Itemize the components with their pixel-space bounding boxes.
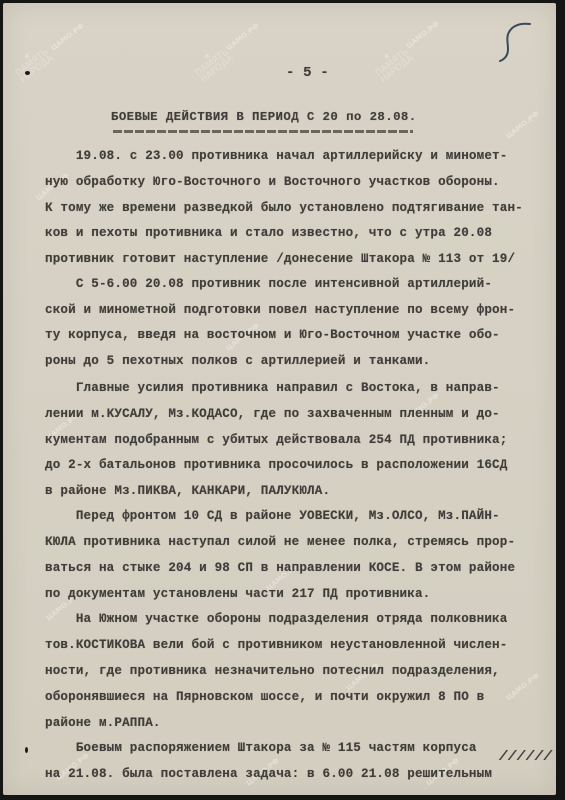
document-line: ности, где противника незначительно поте… — [45, 664, 500, 678]
continuation-mark: ////// — [499, 749, 552, 765]
document-page: ЦАМО.РФ ЦАМО.РФ ЦАМО.РФ ★ПАМЯТЬНАРОДА ★П… — [3, 3, 556, 795]
document-line: кументам подобранным с убитых действовал… — [45, 433, 507, 447]
ink-spot — [25, 747, 28, 753]
document-line: ской и минометной подготовки повел насту… — [45, 303, 515, 317]
document-line: противник готовит наступление /донесение… — [45, 252, 515, 266]
document-line: 19.08. с 23.00 противника начал артиллер… — [45, 149, 507, 163]
document-line: ную обработку Юго-Восточного и Восточног… — [45, 175, 500, 189]
document-line: роны до 5 пехотных полков с артиллерией … — [45, 354, 430, 368]
document-line: ков и пехоты противника и стало известно… — [45, 226, 492, 240]
document-line: Боевым распоряжением Штакора за № 115 ча… — [45, 741, 477, 755]
document-line: оборонявшиеся на Пярновском шоссе, и поч… — [45, 690, 484, 704]
page-number: - 5 - — [286, 65, 329, 81]
ink-spot — [25, 71, 30, 75]
document-line: КЮЛА противника наступал силой не менее … — [45, 535, 515, 549]
watermark-site: ЦАМО.РФ — [225, 22, 261, 53]
document-line: ваться на стыке 204 и 98 СП в направлени… — [45, 561, 515, 575]
document-line: в районе Мз.ПИКВА, КАНКАРИ, ПАЛУКЮЛА. — [45, 484, 330, 498]
title-underline — [113, 130, 413, 133]
watermark-star-icon: ★ПАМЯТЬНАРОДА — [10, 42, 55, 85]
watermark-site: ЦАМО.РФ — [405, 20, 441, 51]
watermark-site: ЦАМО.РФ — [50, 22, 86, 53]
document-line: тов.КОСТИКОВА вели бой с противником неу… — [45, 638, 507, 652]
document-line: Главные усилия противника направил с Вос… — [45, 381, 500, 395]
document-line: К тому же времени разведкой было установ… — [45, 201, 523, 215]
document-line: лении м.КУСАЛУ, Мз.КОДАСО, где по захвач… — [45, 407, 500, 421]
document-line: ту корпуса, введя на восточном и Юго-Вос… — [45, 328, 500, 342]
document-line: районе м.РАППА. — [45, 716, 161, 730]
watermark-star-icon: ★ПАМЯТЬНАРОДА — [190, 42, 235, 85]
watermark-star-icon: ★ПАМЯТЬНАРОДА — [370, 42, 415, 85]
document-line: Перед фронтом 10 СД в районе УОВЕСКИ, Мз… — [45, 509, 500, 523]
document-line: С 5-6.00 20.08 противник после интенсивн… — [45, 277, 492, 291]
document-line: по документам установлены части 217 ПД п… — [45, 587, 430, 601]
document-title: БОЕВЫЕ ДЕЙСТВИЯ В ПЕРИОД С 20 по 28.08. — [111, 110, 417, 124]
watermark-site: ЦАМО.РФ — [505, 110, 541, 141]
document-line: на 21.08. была поставлена задача: в 6.00… — [45, 767, 492, 781]
handwritten-page-number — [493, 21, 533, 65]
document-line: до 2-х батальонов противника просочилось… — [45, 458, 507, 472]
scan-frame: ЦАМО.РФ ЦАМО.РФ ЦАМО.РФ ★ПАМЯТЬНАРОДА ★П… — [0, 0, 565, 800]
watermark-site: ЦАМО.РФ — [505, 672, 541, 703]
document-line: На Южном участке обороны подразделения о… — [45, 612, 507, 626]
